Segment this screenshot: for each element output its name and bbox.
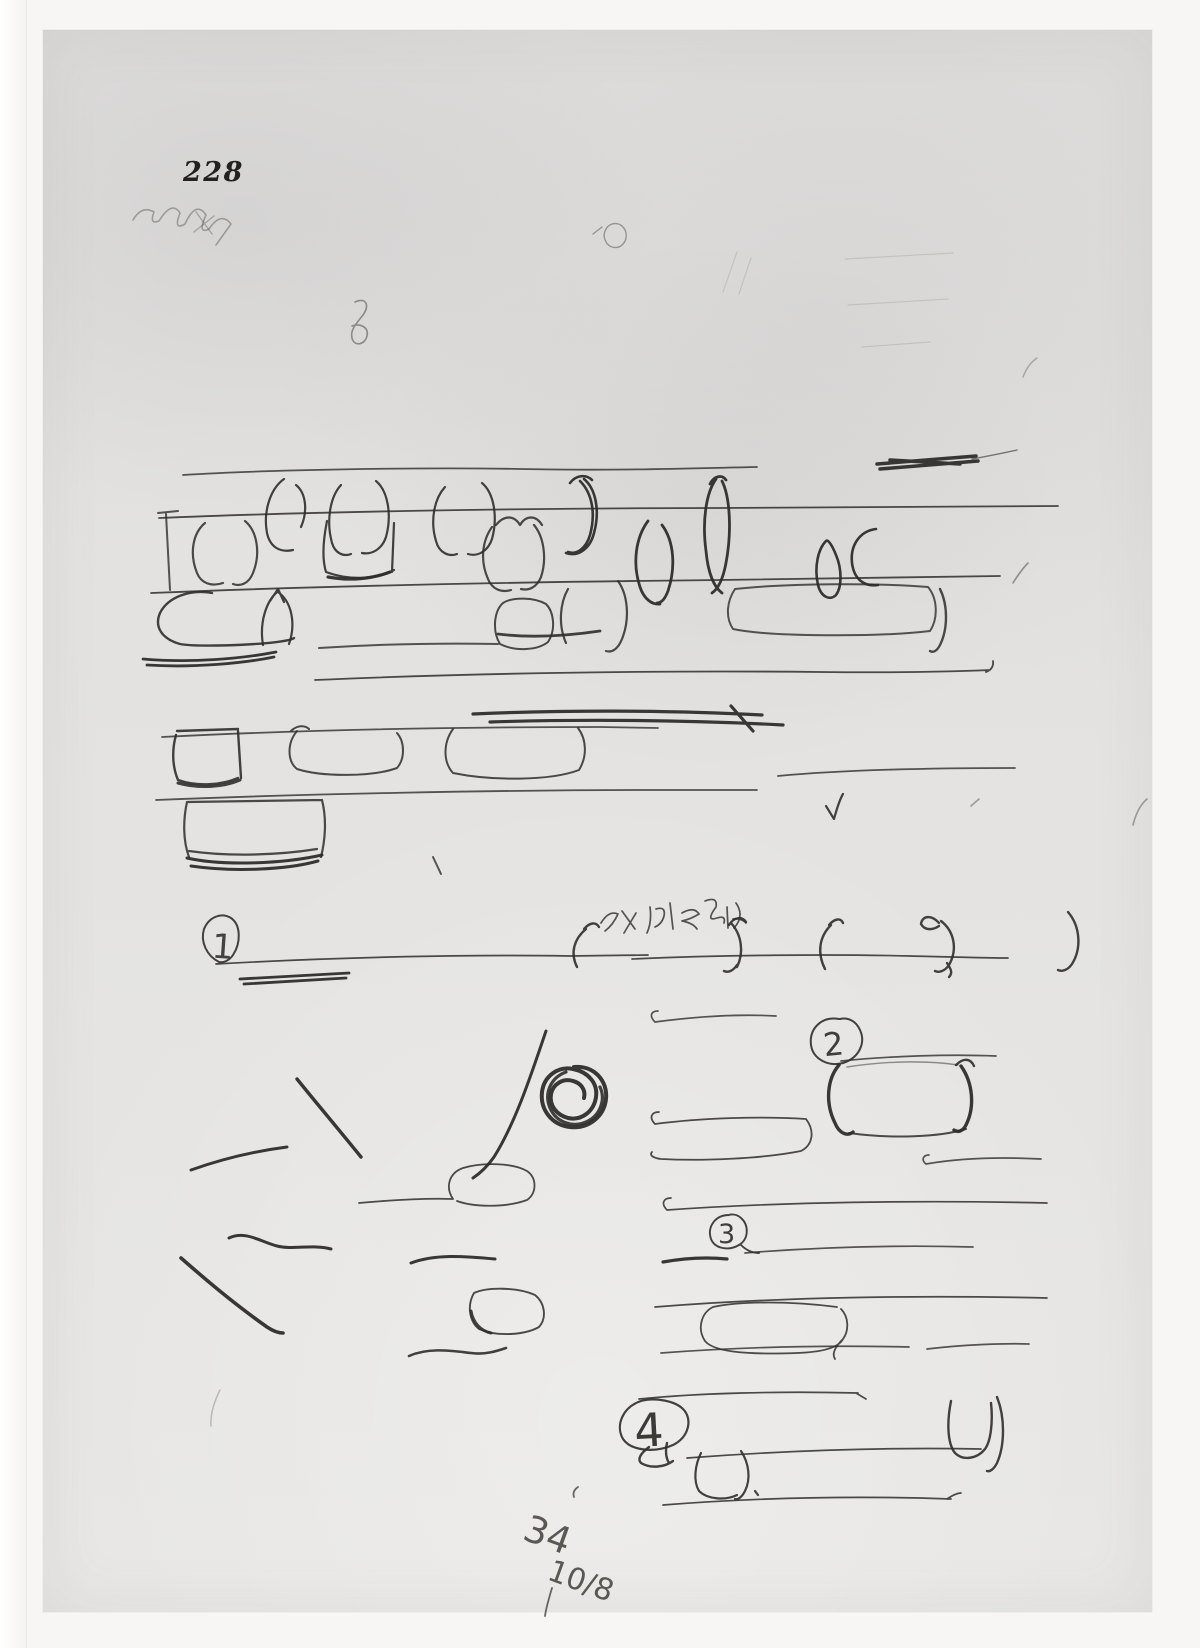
pencil-stroke: [319, 644, 498, 648]
pencil-stroke: [574, 923, 599, 967]
sketch-overlay: 228 1 2 3 4 34 10/8: [0, 0, 1200, 1648]
pencil-stroke: [498, 631, 600, 636]
pencil-stroke: [566, 476, 597, 554]
pencil-stroke: [158, 592, 294, 646]
pencil-stroke: [1013, 563, 1028, 583]
pencil-stroke: [601, 899, 746, 933]
pencil-stroke: [1058, 912, 1078, 971]
pencil-stroke: [409, 1348, 506, 1356]
circled-number-4: 4: [633, 1402, 665, 1457]
pencil-stroke: [664, 1198, 1047, 1210]
pencil-stroke: [972, 450, 1017, 459]
pencil-stroke: [187, 855, 322, 869]
pencil-stroke: [229, 1235, 331, 1249]
pencil-stroke: [841, 1055, 996, 1061]
pencil-stroke: [181, 1258, 283, 1333]
pencil-stroke: [184, 800, 325, 857]
scanned-manuscript-page: 228 1 2 3 4 34 10/8: [0, 0, 1200, 1648]
pencil-stroke: [211, 1390, 220, 1426]
pencil-stroke: [655, 1297, 1047, 1307]
pencil-stroke: [473, 1031, 546, 1178]
pencil-stroke: [971, 799, 979, 806]
pencil-stroke: [446, 728, 585, 779]
pencil-stroke: [433, 483, 495, 555]
pencil-stroke: [948, 1397, 1003, 1471]
pencil-stroke: [954, 1066, 972, 1131]
pencil-stroke: [820, 919, 843, 969]
pencil-stroke: [826, 794, 843, 819]
pencil-stroke: [921, 917, 954, 977]
date-note-line2: 10/8: [543, 1554, 618, 1610]
pencil-stroke: [695, 1451, 758, 1499]
pencil-stroke: [216, 955, 1008, 964]
pencil-stroke: [471, 1311, 491, 1333]
pencil-stroke: [411, 1256, 495, 1263]
pencil-stroke: [290, 726, 404, 775]
pencil-stroke: [433, 857, 441, 874]
pencil-stroke: [704, 477, 729, 593]
pencil-stroke: [143, 652, 276, 666]
pencil-stroke: [1133, 799, 1147, 825]
pencil-stroke: [816, 529, 878, 598]
pencil-stroke: [240, 973, 349, 984]
pencil-stroke: [778, 768, 1015, 776]
pencil-stroke: [352, 300, 368, 343]
circled-number-2: 2: [821, 1024, 845, 1064]
pencil-stroke: [593, 224, 626, 248]
page-number: 228: [182, 157, 244, 188]
date-note-line1: 34: [518, 1507, 577, 1564]
pencil-stroke: [923, 1155, 1041, 1164]
pencil-stroke: [651, 1011, 776, 1022]
pencil-stroke: [687, 1448, 981, 1458]
circled-number-1: 1: [210, 927, 234, 968]
pencil-stroke: [158, 511, 178, 590]
pencil-stroke: [561, 581, 627, 652]
pencil-stroke: [156, 790, 757, 800]
pencil-stroke: [956, 1060, 974, 1066]
pencil-stroke: [745, 1246, 973, 1253]
pencil-stroke: [315, 661, 993, 680]
pencil-stroke: [297, 1079, 361, 1157]
pencil-stroke: [262, 589, 292, 645]
pencil-stroke: [133, 208, 231, 245]
pencil-stroke: [845, 253, 953, 347]
pencil-stroke: [636, 521, 673, 604]
pencil-stroke: [639, 1392, 866, 1399]
circled-number-3: 3: [718, 1219, 735, 1250]
pencil-stroke: [877, 456, 978, 469]
pencil-stroke: [829, 1065, 853, 1134]
pencil-stroke: [1023, 358, 1037, 377]
pencil-stroke: [651, 1112, 812, 1160]
pencil-stroke: [847, 1062, 958, 1067]
pencil-stroke: [701, 1303, 847, 1360]
pencil-stroke: [159, 506, 1058, 518]
pencil-stroke: [173, 729, 241, 784]
pencil-stroke: [191, 1147, 287, 1170]
pencil-stroke: [495, 599, 553, 649]
pencil-stroke: [723, 252, 751, 294]
pencil-stroke: [663, 1493, 961, 1505]
pencil-stroke: [359, 1164, 535, 1206]
pencil-stroke: [930, 589, 946, 652]
pencil-stroke: [329, 481, 389, 555]
pencil-stroke: [183, 467, 757, 475]
pencil-stroke: [483, 518, 544, 591]
pencil-stroke: [849, 1129, 966, 1136]
pencil-stroke: [728, 584, 936, 635]
pencil-stroke: [542, 1067, 606, 1127]
pencil-stroke: [193, 521, 257, 585]
pencil-stroke: [663, 1258, 727, 1262]
